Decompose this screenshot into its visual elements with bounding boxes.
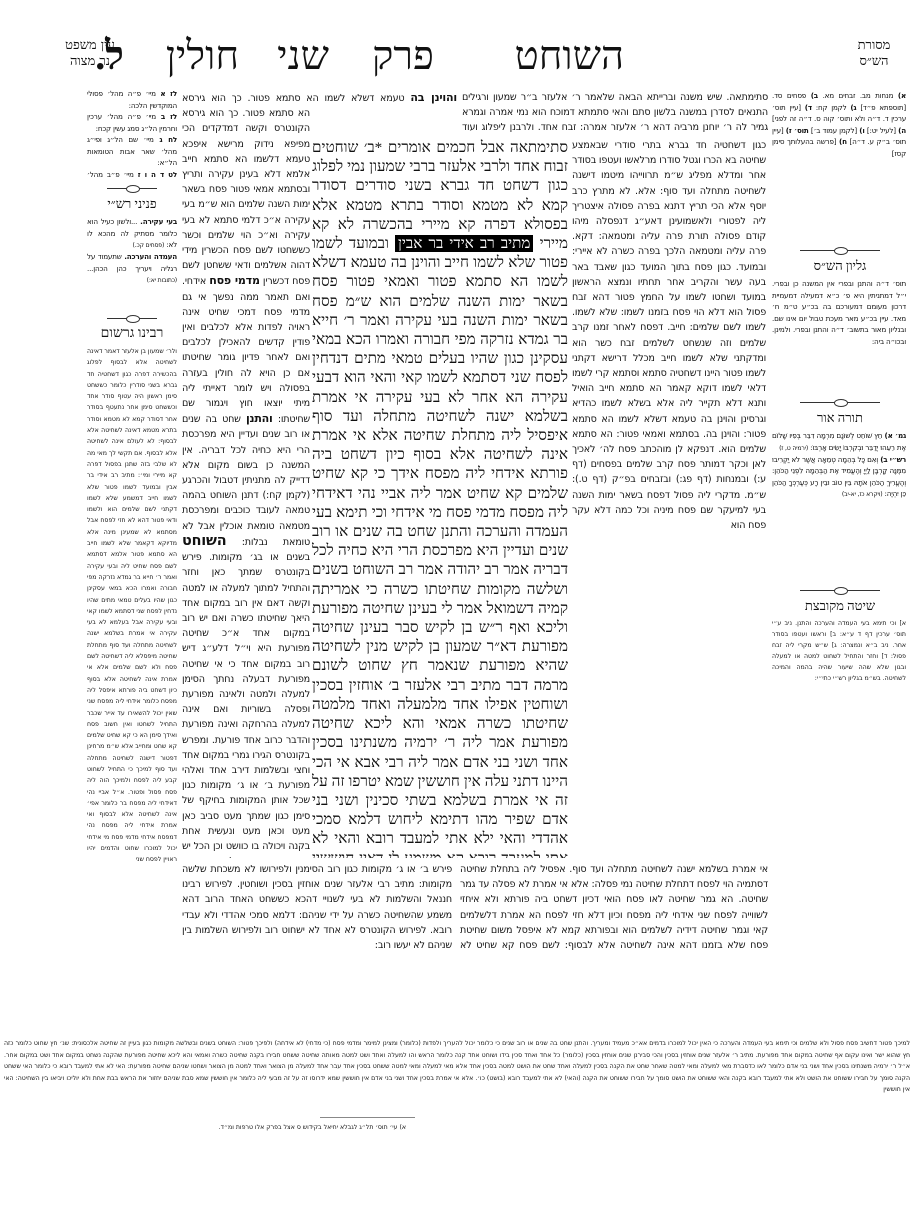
note-mark: לח ג: [159, 135, 177, 144]
tosafot-text: פירש ב׳ או ג׳ מקומות כגון רוב הסימנין ול…: [182, 864, 452, 951]
rashi-column: כגון דשחטיה חד גברא בתרי סודרי שבאמצע שח…: [572, 138, 766, 858]
chapter-name: השוחט: [515, 34, 624, 78]
ornament-divider: [107, 188, 157, 189]
dibur-hamatchil: השוחט: [182, 533, 226, 549]
right-margin: א) מנחות מב. זבחים מא. ב) פסחים סד. [תוס…: [770, 90, 910, 810]
rashi-bottom-wide: [182, 955, 768, 1035]
entry-head: העמדה והערכה.: [124, 252, 177, 261]
tosafot-text: שחט בה שנים או רוב שנים ועדיין היא מפרכס…: [182, 414, 310, 548]
note-mark: ג): [850, 103, 856, 112]
note-text: לקמן קח:: [816, 103, 847, 112]
footnote: א) עי׳ תוס׳ תל״ג לגבלא יחיאל בקידוש ס אצ…: [106, 1122, 406, 1133]
note-mark: ו): [859, 126, 864, 135]
note-mark: ב): [811, 91, 818, 100]
rashi-bottom-full: [182, 952, 768, 953]
gemara-text: ובמועד לשמו פטור שלא לשמו חייב והוינן בה…: [312, 235, 568, 858]
note-mark: ד): [805, 103, 812, 112]
shita-mekubetzet-title: שיטה מקובצת: [770, 598, 910, 614]
entry-head: בעי עקירה.: [140, 217, 177, 226]
tosafot-text: טעמא דשלא לשמו הא סתמא פטור. כך הוא גירס…: [182, 93, 310, 287]
ein-mishpat-header: עין משפט נר מצוה: [60, 38, 120, 70]
entry-ref: (פסחים קכ.): [133, 242, 165, 249]
perek-number: שני: [277, 34, 329, 78]
tosafot-column: והוינן בה טעמא דשלא לשמו הא סתמא פטור. כ…: [182, 90, 310, 858]
note-text: [לעיל יט:]: [867, 126, 896, 135]
ornament-divider: [107, 318, 157, 319]
gershom-footer: למיכך פטור דחשיב פסח פסול ולא שלמים וכי …: [4, 1038, 910, 1108]
rashi-text: אי אמרת בשלמא ישנה לשחיטה מתחלה ועד סוף.…: [460, 864, 768, 952]
note-mark: ח): [839, 137, 847, 146]
note-mark: לז ב: [161, 112, 177, 121]
ornament-divider: [800, 402, 880, 403]
masoret-hashas-notes: א) מנחות מב. זבחים מא. ב) פסחים סד. [תוס…: [772, 90, 906, 240]
penei-rashi-text: בעי עקירה. ...ולשון כעיל הוא כלומר מסתיק…: [87, 216, 177, 296]
ornament-divider: [800, 590, 880, 591]
entry-ref: (כתובות יא:): [147, 277, 177, 284]
torah-or-title: תורה אור: [770, 410, 910, 426]
penei-rashi-title: פניני רש״י: [87, 196, 177, 212]
gemara-column: סתימתאה אבל חכמים אומרים *ב׳ שוחטים זבוח…: [312, 138, 568, 858]
dibur-hamatchil: והוינן בה: [410, 91, 457, 104]
rashi-bottom-right: אי אמרת בשלמא ישנה לשחיטה מתחלה ועד סוף.…: [460, 862, 768, 952]
rashi-intro-text: סתימתאה. שיש משנה וברייתא הבאה שלאמר ר׳ …: [462, 92, 768, 136]
perek-label: פרק: [372, 34, 434, 78]
footnote-rule: [320, 1117, 415, 1118]
gilyon-hashas-text: תוס׳ ד״ה והתנן ובפרי אין המשנה כן ובפרי.…: [772, 278, 906, 398]
tosafot-top-line: והוינן בה טעמא דשלא לשמו הא סתמא פטור. כ…: [182, 90, 457, 106]
note-mark: תוס׳ ז): [786, 126, 809, 135]
tosafot-text: בשנים או בג׳ מקומות. פירש בקונטרס שמתך כ…: [182, 552, 310, 858]
note-mark: רש״י ב): [880, 455, 906, 464]
dibur-hamatchil: מדמי פסח: [209, 274, 260, 287]
gilyon-hashas-title: גליון הש״ס: [770, 258, 910, 274]
rabbeinu-gershom-title: רבינו גרשום: [87, 326, 177, 342]
left-margin: לז א מיי׳ פ״ה מהל׳ פסולי המוקדשין הלכה: …: [2, 88, 178, 1108]
page-header: מסורת הש״ס השוחט פרק שני חולין ל. עין מש…: [0, 30, 914, 86]
ein-mishpat-notes: לז א מיי׳ פ״ה מהל׳ פסולי המוקדשין הלכה: …: [87, 88, 177, 178]
tosafot-text: אידחי. ואם תאמר ממה נפשך אי גם מדמי פסח …: [182, 276, 310, 425]
torah-or-text: גמ׳ א) חֵץ שׁוֹחֵט לְשׁוֹנָם מִרְמָה דִב…: [772, 430, 906, 580]
note-mark: ה): [898, 126, 906, 135]
tractate-name: חולין: [166, 34, 239, 78]
note-mark: לז א: [160, 89, 177, 98]
rashi-intro: סתימתאה. שיש משנה וברייתא הבאה שלאמר ר׳ …: [462, 90, 768, 136]
highlighted-phrase[interactable]: מתיב רב אידי בר אבין: [395, 235, 533, 252]
rashi-text: כגון דשחטיה חד גברא בתרי סודרי שבאמצע שח…: [572, 140, 766, 531]
ornament-divider: [800, 250, 880, 251]
rabbeinu-gershom-text: ולר׳ שמעון בן אלעזר דאמר דאינה לשחיטה אל…: [87, 346, 177, 1106]
note-mark: לט ד ה ו ז: [138, 170, 177, 179]
note-text: [לקמן עמוד ב׳]: [811, 126, 857, 135]
masoret-hashas-header: מסורת הש״ס: [844, 38, 904, 70]
tosafot-bottom: פירש ב׳ או ג׳ מקומות כגון רוב הסימנין ול…: [182, 862, 452, 952]
shita-mekubetzet-text: א] וכי תימא בעי העמדה והערכה והתנן. ניב …: [772, 618, 906, 778]
note-text: מנחות מב. זבחים מא.: [823, 91, 894, 100]
note-mark: א): [898, 91, 906, 100]
note-mark: גמ׳ א): [884, 431, 906, 440]
verse-ref: (ירמיה ט, ז): [779, 445, 808, 452]
dibur-hamatchil: והתנן: [246, 412, 273, 425]
verse-ref: (ויקרא כז, יא-יב): [842, 491, 883, 498]
